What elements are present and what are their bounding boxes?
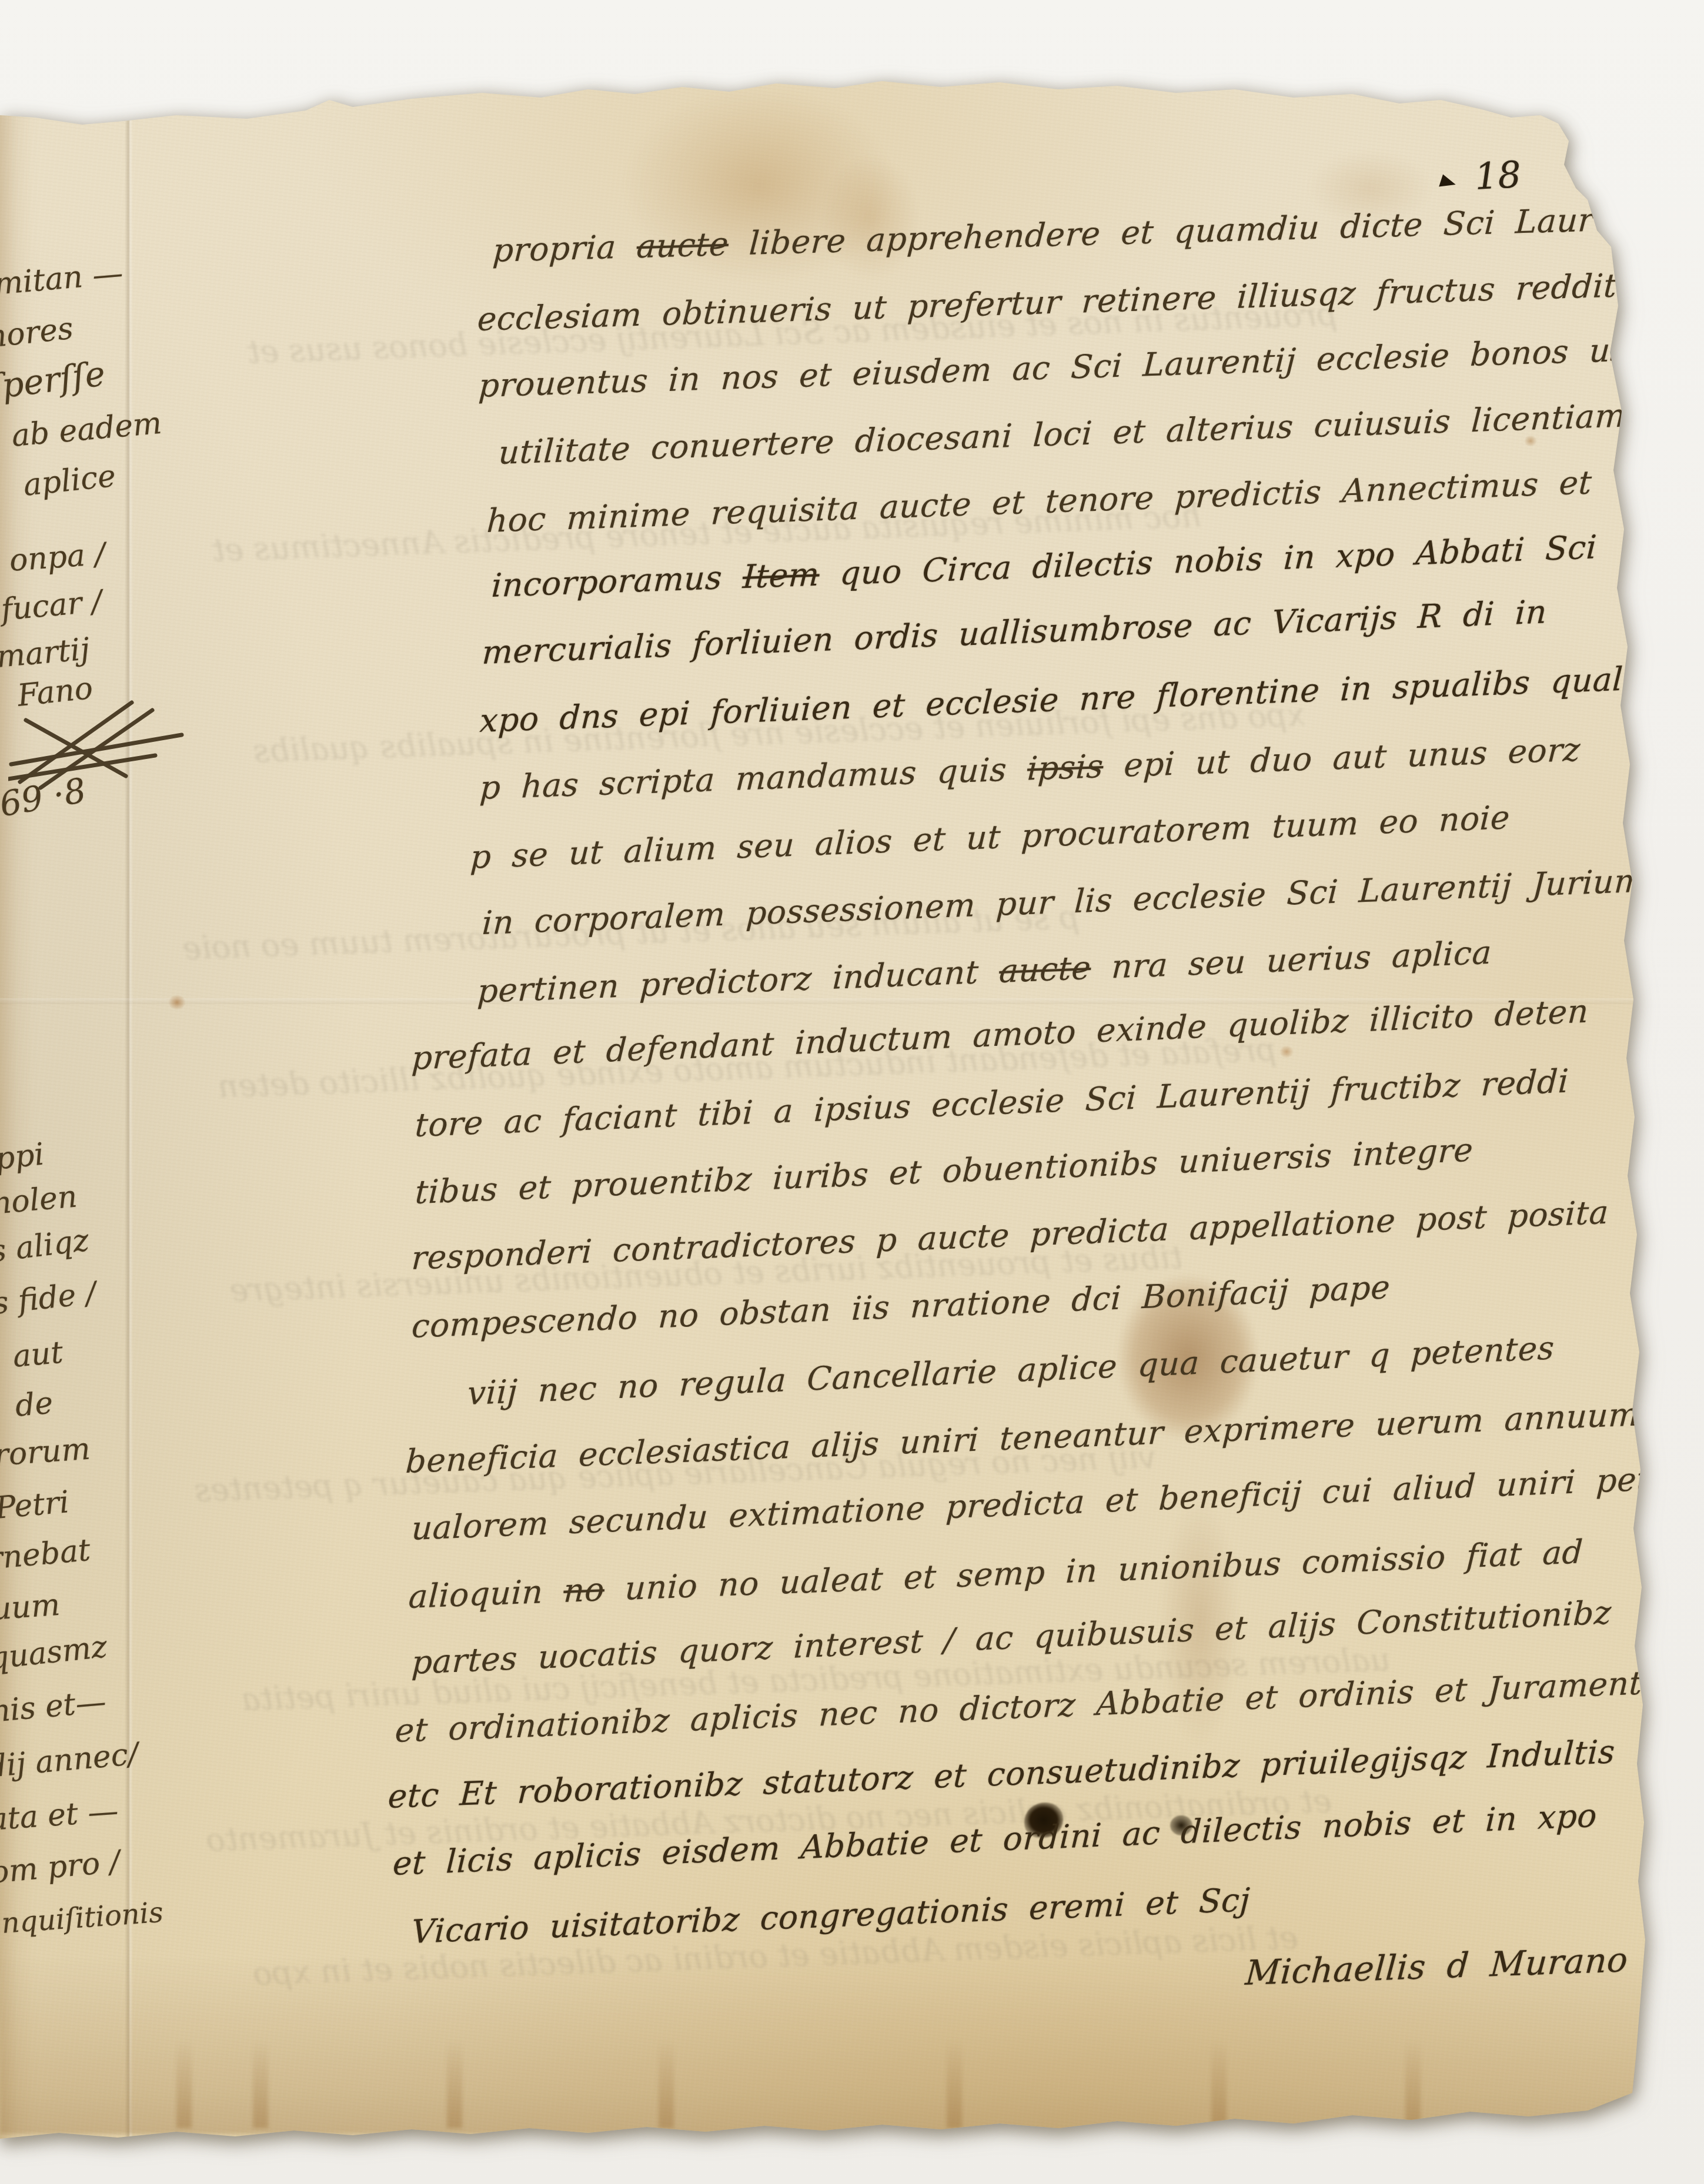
margin-fragment: ſperſſe xyxy=(0,356,107,404)
struck-word: aucte xyxy=(636,225,730,265)
margin-fragment: rorum xyxy=(0,1434,91,1471)
signature-text: Michaellis d Murano xyxy=(1244,1939,1629,1993)
margin-fragment: aut xyxy=(12,1337,65,1372)
stain-streak xyxy=(447,2040,462,2128)
struck-word: Item xyxy=(742,555,821,596)
stain-streak xyxy=(1405,2040,1421,2128)
margin-fragment: nores xyxy=(0,313,75,353)
margin-fragment: nolen xyxy=(0,1181,78,1219)
margin-fragment: ab eadem xyxy=(11,408,163,451)
struck-word: ipsis xyxy=(1026,747,1104,788)
margin-fragment: fucar / xyxy=(0,586,103,626)
line-text: viij nec no regula Cancellarie aplice qu… xyxy=(467,1329,1555,1412)
margin-fragment: martij xyxy=(0,634,91,673)
margin-fragment: Petri xyxy=(0,1487,71,1524)
scanned-manuscript-page: { "manuscript": { "folio_number": "18", … xyxy=(0,0,1704,2184)
margin-fragment: anquiſitionis xyxy=(0,1898,164,1939)
line-text: tibus et prouentibz iuribs et obuentioni… xyxy=(415,1131,1474,1211)
manuscript-line: propria aucte libere apprehendere et qua… xyxy=(492,202,1638,268)
line-text: libere apprehendere et quamdiu dicte Sci… xyxy=(727,200,1638,263)
margin-fragment: quasmz xyxy=(0,1631,109,1674)
line-text: nra seu uerius aplica xyxy=(1090,934,1493,986)
line-text: incorporamus xyxy=(490,558,744,604)
line-text: in corporalem possessionem pur lis eccle… xyxy=(481,858,1704,942)
struck-word: aucte xyxy=(998,949,1092,990)
folio-corner-mark xyxy=(1439,175,1458,192)
manuscript-line: in corporalem possessionem pur lis eccle… xyxy=(482,861,1704,941)
margin-fragment: rnebat xyxy=(0,1535,92,1574)
manuscript-line: utilitate conuertere diocesani loci et a… xyxy=(497,396,1704,470)
water-stain xyxy=(800,129,941,306)
margin-fragment: aplice xyxy=(22,461,117,501)
struck-word: no xyxy=(563,1570,606,1610)
parchment-page: prouentus in nos et eiusdem ac Sci Laure… xyxy=(0,0,1704,2184)
margin-fragment: de xyxy=(14,1388,54,1422)
margin-fragment: mitan — xyxy=(0,258,124,300)
signature: Michaellis d Murano xyxy=(1244,1942,1629,1991)
folio-number: 18 xyxy=(1474,153,1522,198)
cancellation-scribble-icon xyxy=(8,694,196,794)
line-text: epi ut duo aut unus eorz xyxy=(1102,731,1582,785)
stain-streak xyxy=(1211,2040,1227,2128)
line-text: mercurialis forliuien ordis uallisumbros… xyxy=(481,593,1548,671)
stain-streak xyxy=(176,2040,192,2128)
manuscript-line: tibus et prouentibz iuribs et obuentioni… xyxy=(415,1133,1474,1210)
line-text: propria xyxy=(492,228,638,269)
stain-streak xyxy=(947,2040,962,2128)
margin-fragment: onpa / xyxy=(8,539,106,576)
line-text: p se ut alium seu alios et ut procurator… xyxy=(469,798,1511,876)
manuscript-line: p se ut alium seu alios et ut procurator… xyxy=(470,801,1511,875)
fox-spot xyxy=(1279,1045,1294,1058)
manuscript-line: mercurialis forliuien ordis uallisumbros… xyxy=(482,595,1548,670)
line-text: alioquin xyxy=(407,1572,564,1616)
manuscript-line: viij nec no regula Cancellarie aplice qu… xyxy=(467,1331,1555,1410)
margin-fragment: uum xyxy=(0,1590,61,1625)
margin-fragment: dij annec/ xyxy=(0,1739,139,1782)
margin-fragment: om pro / xyxy=(0,1847,121,1888)
line-text: utilitate conuertere diocesani loci et a… xyxy=(497,394,1704,471)
margin-fragment: s aliqz xyxy=(0,1225,91,1267)
stain-streak xyxy=(659,2040,674,2128)
margin-fragment: ppi xyxy=(0,1139,45,1174)
margin-fragment: nis et— xyxy=(0,1687,108,1727)
margin-fragment: s fide / xyxy=(0,1278,98,1319)
margin-fragment: ata et — xyxy=(0,1796,119,1835)
page-shadow-wrap: prouentus in nos et eiusdem ac Sci Laure… xyxy=(0,0,1704,2184)
stain-streak xyxy=(253,2040,268,2128)
line-text: unio no ualeat et semp in unionibus comi… xyxy=(603,1533,1583,1608)
